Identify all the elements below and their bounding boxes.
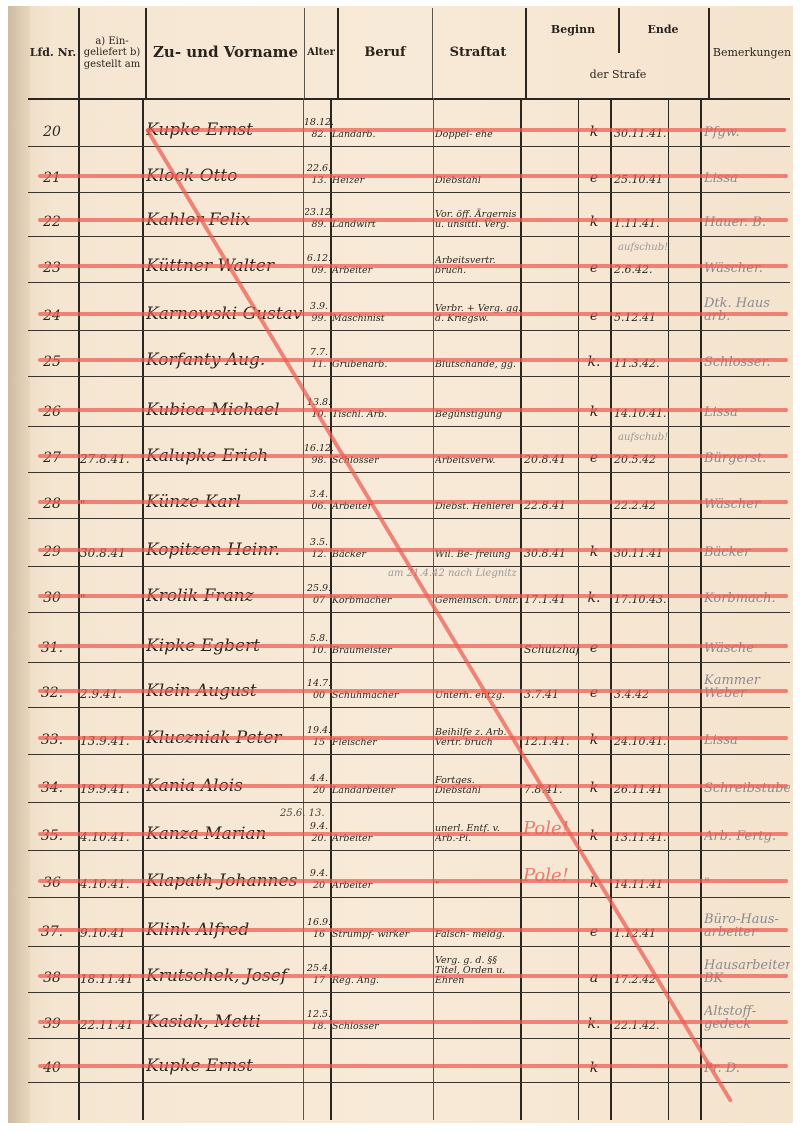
name-cell: Klapath Johannes xyxy=(146,855,306,897)
table-row: 22Kahler FelixLandwirtVor. öff. Ärgernis… xyxy=(28,194,790,237)
red-strikethrough xyxy=(38,174,788,178)
red-strikethrough xyxy=(38,358,788,362)
row-number: 36 xyxy=(28,855,76,897)
red-strikethrough xyxy=(38,264,788,268)
table-row: 21Klock OttoHeizerDiebstahle25.10.41Liss… xyxy=(28,150,790,193)
row-number: 32. xyxy=(28,665,76,707)
straftat-cell: Begünstigung xyxy=(435,384,523,426)
code-cell: k xyxy=(580,524,608,566)
table-row: 31.Kipke EgbertBraumeisterSchutzhafteWäs… xyxy=(28,620,790,663)
code-cell: e xyxy=(580,288,608,330)
header-lfd-nr: Lfd. Nr. xyxy=(28,8,78,98)
beginn-cell: 17.1.41 xyxy=(524,570,580,612)
header-beginn: Beginn xyxy=(528,8,618,53)
beginn-cell: 30.8.41 xyxy=(524,524,580,566)
birth-date: 6.12. xyxy=(307,253,331,264)
code-cell: k. xyxy=(580,334,608,376)
beruf-cell xyxy=(332,1040,432,1082)
beginn-cell xyxy=(524,904,580,946)
bemerkungen-cell: Hauer. B. xyxy=(704,194,790,236)
bemerkungen-cell: Pfgw. xyxy=(704,104,790,146)
date-cell xyxy=(80,620,146,662)
date-cell: 19.9.41. xyxy=(80,760,146,802)
beginn-cell: 20.8.41 xyxy=(524,430,580,472)
beruf-cell: Arbeiter xyxy=(332,855,432,897)
straftat-cell: Verg. g. d. §§ Titel, Orden u. Ehren xyxy=(435,950,523,992)
date-cell: " xyxy=(80,570,146,612)
red-strikethrough xyxy=(38,312,788,316)
name-cell: Kalupke Erich xyxy=(146,430,306,472)
straftat-cell: Diebstahl xyxy=(435,150,523,192)
beruf-cell: Landarb. xyxy=(332,104,432,146)
name-note: 25.6. 13. xyxy=(280,808,325,819)
age-cell: 7.7.11. xyxy=(305,334,333,376)
date-cell xyxy=(80,150,146,192)
ende-cell: 11.3.42. xyxy=(614,334,672,376)
table-row: 3818.11.41Krutschek, JosefReg. Ang.Verg.… xyxy=(28,950,790,993)
red-strikethrough xyxy=(38,689,788,693)
row-number: 24 xyxy=(28,288,76,330)
red-strikethrough xyxy=(38,974,788,978)
beruf-cell: Heizer xyxy=(332,150,432,192)
bemerkungen-cell: Büro-Haus- arbeiter xyxy=(704,904,790,946)
beginn-cell xyxy=(524,1040,580,1082)
bemerkungen-cell: Wäscher xyxy=(704,476,790,518)
date-cell xyxy=(80,384,146,426)
code-cell: k xyxy=(580,1040,608,1082)
red-strikethrough xyxy=(146,128,786,132)
birth-date: 25.9. xyxy=(307,583,331,594)
table-row: 30"Krolik FranzKorbmacherGemeinsch. Untr… xyxy=(28,570,790,613)
age-cell: 6.12.09. xyxy=(305,240,333,282)
ende-cell xyxy=(614,620,672,662)
straftat-cell: " xyxy=(435,855,523,897)
date-cell xyxy=(80,334,146,376)
bemerkungen-cell: Lissa xyxy=(704,712,790,754)
birth-date: 16.12. xyxy=(305,443,333,454)
ende-cell: 3.4.42 xyxy=(614,665,672,707)
name-cell: Kopitzen Heinr. xyxy=(146,524,306,566)
name-cell: Kipke Egbert xyxy=(146,620,306,662)
table-header: Lfd. Nr. a) Ein- geliefert b) gestellt a… xyxy=(28,8,790,100)
age-cell: 23.12.89. xyxy=(305,194,333,236)
red-strikethrough xyxy=(38,784,788,788)
beruf-cell: Arbeiter xyxy=(332,476,432,518)
age-cell xyxy=(305,1040,333,1082)
table-row: 2727.8.41.Kalupke ErichSchlosserArbeitsv… xyxy=(28,430,790,473)
table-row: 364.10.41.Klapath JohannesArbeiter"k14.1… xyxy=(28,855,790,898)
date-cell xyxy=(80,1040,146,1082)
row-number: 25 xyxy=(28,334,76,376)
ende-cell: 30.11.41 xyxy=(614,524,672,566)
red-strikethrough xyxy=(38,832,788,836)
table-row: 23Küttner WalterArbeiterArbeitsvertr. br… xyxy=(28,240,790,283)
code-cell: e xyxy=(580,904,608,946)
date-cell: 27.8.41. xyxy=(80,430,146,472)
table-row: 28"Künze KarlArbeiterDiebst. Hehlerei22.… xyxy=(28,476,790,519)
straftat-cell: Vor. öff. Ärgernis u. unsittl. Verg. xyxy=(435,194,523,236)
beginn-cell xyxy=(524,240,580,282)
code-cell: k. xyxy=(580,570,608,612)
age-cell: 14.7.00 xyxy=(305,665,333,707)
birth-date: 19.4. xyxy=(307,725,331,736)
age-cell: 12.5.18. xyxy=(305,996,333,1038)
table-row: 33.13.9.41.Kluczniak PeterFleischerBeihi… xyxy=(28,712,790,755)
row-number: 33. xyxy=(28,712,76,754)
date-cell: 30.8.41 xyxy=(80,524,146,566)
ende-note: aufschub! xyxy=(618,432,668,443)
ende-cell: 22.1.42. xyxy=(614,996,672,1038)
name-cell: Kubica Michael xyxy=(146,384,306,426)
divider xyxy=(145,8,147,98)
code-cell: e xyxy=(580,665,608,707)
bemerkungen-cell: Altstoff- gedeck xyxy=(704,996,790,1038)
bemerkungen-cell: Korbmach. xyxy=(704,570,790,612)
straftat-cell: Fortges. Diebstahl xyxy=(435,760,523,802)
bemerkungen-cell: Schlosser. xyxy=(704,334,790,376)
divider xyxy=(525,8,527,98)
divider xyxy=(618,8,620,53)
age-cell: 5.8.10. xyxy=(305,620,333,662)
ende-cell: 30.11.41. xyxy=(614,104,672,146)
ende-cell: 5.12.41 xyxy=(614,288,672,330)
header-eingeliefert: a) Ein- geliefert b) gestellt am xyxy=(82,8,142,98)
row-number: 38 xyxy=(28,950,76,992)
straftat-cell xyxy=(435,996,523,1038)
age-cell: 4.4.20 xyxy=(305,760,333,802)
table-row: 35.4.10.41.Kanza MarianArbeiterunerl. En… xyxy=(28,808,790,851)
divider xyxy=(304,8,305,98)
code-cell: e xyxy=(580,620,608,662)
birth-date: 3.4. xyxy=(310,489,328,500)
name-cell: Kania Alois xyxy=(146,760,306,802)
bemerkungen-cell: " xyxy=(704,855,790,897)
age-cell: 25.9.07 xyxy=(305,570,333,612)
beruf-cell: Schuhmacher xyxy=(332,665,432,707)
beginn-cell xyxy=(524,334,580,376)
divider xyxy=(708,8,710,98)
beginn-cell: 12.1.41. xyxy=(524,712,580,754)
red-strikethrough xyxy=(38,594,788,598)
beruf-cell: Landwirt xyxy=(332,194,432,236)
date-cell: 9.10.41 xyxy=(80,904,146,946)
divider xyxy=(432,8,433,98)
birth-date: 5.8. xyxy=(310,633,328,644)
row-number: 30 xyxy=(28,570,76,612)
straftat-cell: Blutschande, gg. xyxy=(435,334,523,376)
name-cell: Klink Alfred xyxy=(146,904,306,946)
ende-cell: 1.11.41. xyxy=(614,194,672,236)
beginn-cell xyxy=(524,950,580,992)
birth-date: 9.4. xyxy=(310,868,328,879)
ende-note: aufschub! xyxy=(618,242,668,253)
bemerkungen-cell: Schreibstube xyxy=(704,760,790,802)
ende-cell xyxy=(614,1040,672,1082)
date-cell xyxy=(80,194,146,236)
bemerkungen-cell: Dtk. Haus arb. xyxy=(704,288,790,330)
straftat-cell: Doppel- ehe xyxy=(435,104,523,146)
table-row: 25Korfanty Aug.Grubenarb.Blutschande, gg… xyxy=(28,334,790,377)
beruf-cell: Schlosser xyxy=(332,996,432,1038)
red-strikethrough xyxy=(38,408,788,412)
header-bemerkungen: Bemerkungen xyxy=(712,8,792,98)
beginn-cell xyxy=(524,288,580,330)
ende-cell: 25.10.41 xyxy=(614,150,672,192)
bemerkungen-cell: Lissa xyxy=(704,150,790,192)
age-cell: 3.5.12. xyxy=(305,524,333,566)
age-cell: 3.9.99. xyxy=(305,288,333,330)
red-strikethrough xyxy=(38,1020,788,1024)
header-straftat: Straftat xyxy=(434,8,522,98)
code-cell xyxy=(580,476,608,518)
beruf-cell: Strumpf- wirker xyxy=(332,904,432,946)
beruf-cell: Braumeister xyxy=(332,620,432,662)
age-cell: 22.6.13. xyxy=(305,150,333,192)
divider xyxy=(337,8,339,98)
beruf-cell: Fleischer xyxy=(332,712,432,754)
name-cell: Krolik Franz xyxy=(146,570,306,612)
straftat-cell xyxy=(435,1040,523,1082)
birth-date: 25.4. xyxy=(307,963,331,974)
header-alter: Alter xyxy=(306,8,336,98)
code-cell: k xyxy=(580,712,608,754)
bemerkungen-cell: Lissa xyxy=(704,384,790,426)
bemerkungen-cell: Wäscher. xyxy=(704,240,790,282)
beruf-cell: Maschinist xyxy=(332,288,432,330)
beginn-cell xyxy=(524,996,580,1038)
header-beruf: Beruf xyxy=(340,8,430,98)
straftat-cell: Arbeitsverw. xyxy=(435,430,523,472)
ende-cell: 26.11.41 xyxy=(614,760,672,802)
red-strikethrough xyxy=(38,218,788,222)
ende-cell: 14.10.41. xyxy=(614,384,672,426)
ende-cell: 24.10.41. xyxy=(614,712,672,754)
table-row: 40Kupke ErnstkPr. D. xyxy=(28,1040,790,1083)
row-number: 20 xyxy=(28,104,76,146)
name-cell: Kahler Felix xyxy=(146,194,306,236)
date-cell xyxy=(80,104,146,146)
beruf-cell: Tischl. Arb. xyxy=(332,384,432,426)
straftat-cell: unerl. Entf. v. Arb.-Pl. xyxy=(435,808,523,850)
code-cell: k. xyxy=(580,996,608,1038)
straftat-cell: Falsch- meldg. xyxy=(435,904,523,946)
age-cell: 3.4.06. xyxy=(305,476,333,518)
birth-date: 14.7. xyxy=(307,678,331,689)
birth-date: 9.4. xyxy=(310,821,328,832)
birth-date: 3.5. xyxy=(310,537,328,548)
birth-date: 23.12. xyxy=(305,207,333,218)
beruf-cell: Arbeiter xyxy=(332,808,432,850)
date-cell xyxy=(80,240,146,282)
bemerkungen-cell: Bürgerst. xyxy=(704,430,790,472)
beginn-cell xyxy=(524,384,580,426)
table-row: 32.2.9.41.Klein AugustSchuhmacherUnterh.… xyxy=(28,665,790,708)
name-cell: Kupke Ernst xyxy=(146,104,306,146)
table-row: 20Kupke ErnstLandarb.Doppel- ehek30.11.4… xyxy=(28,104,790,147)
code-cell: k xyxy=(580,194,608,236)
row-number: 40 xyxy=(28,1040,76,1082)
code-cell: e xyxy=(580,240,608,282)
bemerkungen-cell: Bäcker xyxy=(704,524,790,566)
header-name: Zu- und Vorname xyxy=(148,8,303,98)
date-cell xyxy=(80,288,146,330)
bemerkungen-cell: Kammer Weber xyxy=(704,665,790,707)
age-cell: 9.4.20 xyxy=(305,855,333,897)
beginn-cell xyxy=(524,150,580,192)
red-strikethrough xyxy=(38,500,788,504)
beruf-cell: Grubenarb. xyxy=(332,334,432,376)
row-number: 39 xyxy=(28,996,76,1038)
age-cell: 19.4.15 xyxy=(305,712,333,754)
straftat-cell: Wil. Be- freiung xyxy=(435,524,523,566)
ende-cell: 13.11.41. xyxy=(614,808,672,850)
straftat-cell: Verbr. + Verg. gg. d. Kriegsw. xyxy=(435,288,523,330)
ende-cell: 14.11.41 xyxy=(614,855,672,897)
birth-date: 16.9. xyxy=(307,917,331,928)
code-cell: k xyxy=(580,384,608,426)
red-strikethrough xyxy=(38,928,788,932)
beruf-cell: Landarbeiter xyxy=(332,760,432,802)
red-strikethrough xyxy=(38,548,788,552)
code-cell: e xyxy=(580,150,608,192)
birth-date: 3.9. xyxy=(310,301,328,312)
beginn-cell: Schutzhaft xyxy=(524,620,580,662)
age-cell: 16.9.16 xyxy=(305,904,333,946)
name-cell: Krutschek, Josef xyxy=(146,950,306,992)
name-cell: Klein August xyxy=(146,665,306,707)
table-row: 37.9.10.41Klink AlfredStrumpf- wirkerFal… xyxy=(28,904,790,947)
date-cell: 2.9.41. xyxy=(80,665,146,707)
beginn-cell: 3.7.41 xyxy=(524,665,580,707)
row-number: 31. xyxy=(28,620,76,662)
name-cell: Kasiak, Metti xyxy=(146,996,306,1038)
red-strikethrough xyxy=(38,454,788,458)
ende-cell: 22.2.42 xyxy=(614,476,672,518)
bemerkungen-cell: Hausarbeiter BK xyxy=(704,950,790,992)
birth-date: 12.5. xyxy=(307,1009,331,1020)
table-row: 34.19.9.41.Kania AloisLandarbeiterFortge… xyxy=(28,760,790,803)
code-cell: a xyxy=(580,950,608,992)
red-strikethrough xyxy=(38,879,788,883)
birth-date: 7.7. xyxy=(310,347,328,358)
code-cell: e xyxy=(580,430,608,472)
table-row: 3922.11.41Kasiak, MettiSchlosserk.22.1.4… xyxy=(28,996,790,1039)
name-cell: Kluczniak Peter xyxy=(146,712,306,754)
date-cell: 13.9.41. xyxy=(80,712,146,754)
ende-cell: 17.10.43. xyxy=(614,570,672,612)
beruf-cell: Bäcker xyxy=(332,524,432,566)
bemerkungen-cell: Arb. Fertg. xyxy=(704,808,790,850)
birth-date: 22.6. xyxy=(307,163,331,174)
row-number: 23 xyxy=(28,240,76,282)
birth-date: 18.12. xyxy=(305,117,333,128)
red-strikethrough xyxy=(38,736,788,740)
table-row: 26Kubica MichaelTischl. Arb.Begünstigung… xyxy=(28,384,790,427)
header-ende: Ende xyxy=(618,8,708,53)
divider xyxy=(78,8,80,98)
code-cell: k xyxy=(580,808,608,850)
book-binding xyxy=(8,6,30,1123)
transfer-note: am 21.4.42 nach Liegnitz xyxy=(388,568,517,579)
row-number: 34. xyxy=(28,760,76,802)
table-row: 2930.8.41Kopitzen Heinr.BäckerWil. Be- f… xyxy=(28,524,790,567)
age-cell: 25.4.17 xyxy=(305,950,333,992)
date-cell: 18.11.41 xyxy=(80,950,146,992)
birth-date: 4.4. xyxy=(310,773,328,784)
row-number: 26 xyxy=(28,384,76,426)
table-row: 24Karnowski GustavMaschinistVerbr. + Ver… xyxy=(28,288,790,331)
age-cell: 18.12.82. xyxy=(305,104,333,146)
header-der-strafe: der Strafe xyxy=(528,53,708,98)
red-strikethrough xyxy=(38,644,788,648)
red-strikethrough xyxy=(38,1064,788,1068)
name-cell: Kupke Ernst xyxy=(146,1040,306,1082)
date-cell: 4.10.41. xyxy=(80,855,146,897)
straftat-cell: Arbeitsvertr. bruch. xyxy=(435,240,523,282)
code-cell: k xyxy=(580,104,608,146)
date-cell: 4.10.41. xyxy=(80,808,146,850)
beginn-cell: 22.8.41 xyxy=(524,476,580,518)
beruf-cell: Arbeiter xyxy=(332,240,432,282)
code-cell: k xyxy=(580,760,608,802)
name-cell: Karnowski Gustav xyxy=(146,288,306,330)
date-cell: 22.11.41 xyxy=(80,996,146,1038)
row-number: 37. xyxy=(28,904,76,946)
row-number: 21 xyxy=(28,150,76,192)
name-cell: Künze Karl xyxy=(146,476,306,518)
beginn-cell xyxy=(524,104,580,146)
bemerkungen-cell: Wäsche xyxy=(704,620,790,662)
beginn-cell xyxy=(524,194,580,236)
row-number: 29 xyxy=(28,524,76,566)
row-number: 28 xyxy=(28,476,76,518)
row-number: 27 xyxy=(28,430,76,472)
straftat-cell: Diebst. Hehlerei xyxy=(435,476,523,518)
row-number: 22 xyxy=(28,194,76,236)
date-cell: " xyxy=(80,476,146,518)
beruf-cell: Reg. Ang. xyxy=(332,950,432,992)
row-number: 35. xyxy=(28,808,76,850)
